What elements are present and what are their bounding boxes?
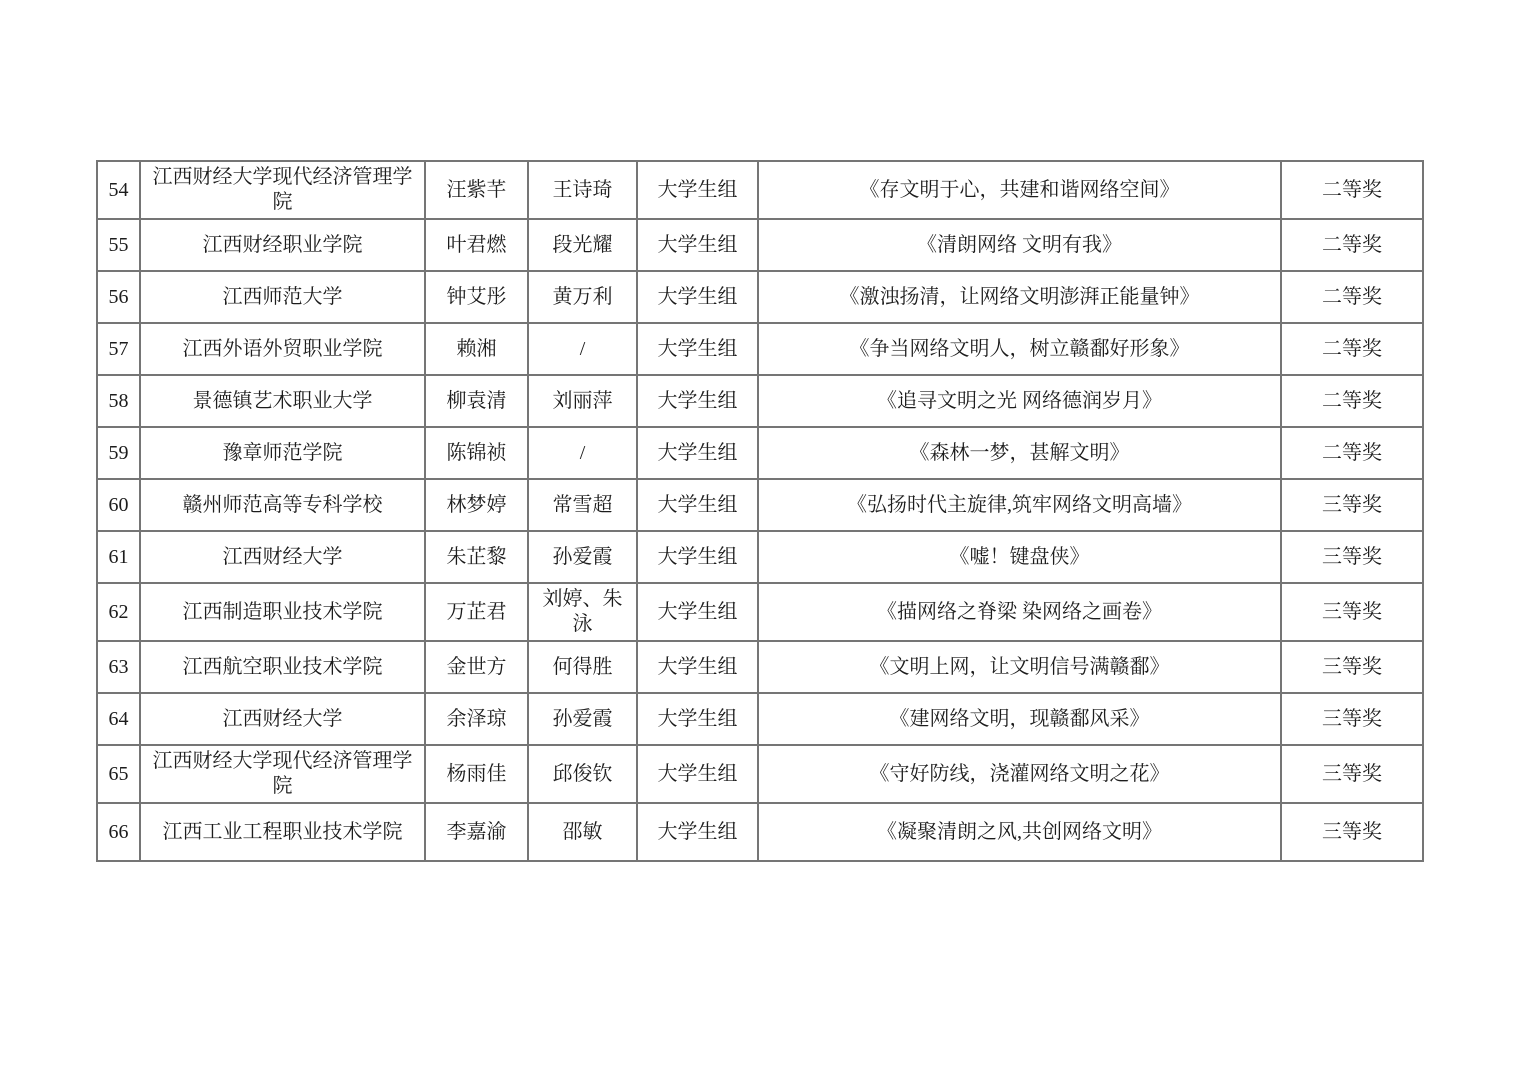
award-cell: 二等奖 bbox=[1281, 219, 1423, 271]
work-title-cell: 《弘扬时代主旋律,筑牢网络文明高墙》 bbox=[758, 479, 1281, 531]
award-cell: 三等奖 bbox=[1281, 531, 1423, 583]
school-cell: 江西财经大学现代经济管理学院 bbox=[140, 745, 425, 803]
row-number-cell: 64 bbox=[97, 693, 140, 745]
coauthor-cell: 段光耀 bbox=[528, 219, 637, 271]
work-title-cell: 《森林一梦，甚解文明》 bbox=[758, 427, 1281, 479]
group-cell: 大学生组 bbox=[637, 161, 758, 219]
author-cell: 叶君燃 bbox=[425, 219, 528, 271]
author-cell: 余泽琼 bbox=[425, 693, 528, 745]
award-cell: 三等奖 bbox=[1281, 745, 1423, 803]
document-page: 54 江西财经大学现代经济管理学院 汪紫芊 王诗琦 大学生组 《存文明于心，共建… bbox=[0, 0, 1520, 1074]
group-cell: 大学生组 bbox=[637, 803, 758, 861]
school-cell: 江西外语外贸职业学院 bbox=[140, 323, 425, 375]
coauthor-cell: 黄万利 bbox=[528, 271, 637, 323]
group-cell: 大学生组 bbox=[637, 323, 758, 375]
work-title-cell: 《守好防线，浇灌网络文明之花》 bbox=[758, 745, 1281, 803]
group-cell: 大学生组 bbox=[637, 271, 758, 323]
award-cell: 二等奖 bbox=[1281, 323, 1423, 375]
row-number-cell: 62 bbox=[97, 583, 140, 641]
award-cell: 二等奖 bbox=[1281, 375, 1423, 427]
work-title-cell: 《建网络文明，现赣鄱风采》 bbox=[758, 693, 1281, 745]
author-cell: 赖湘 bbox=[425, 323, 528, 375]
author-cell: 柳袁清 bbox=[425, 375, 528, 427]
group-cell: 大学生组 bbox=[637, 219, 758, 271]
table-row: 56 江西师范大学 钟艾彤 黄万利 大学生组 《激浊扬清，让网络文明澎湃正能量钟… bbox=[97, 271, 1423, 323]
table-row: 65 江西财经大学现代经济管理学院 杨雨佳 邱俊钦 大学生组 《守好防线，浇灌网… bbox=[97, 745, 1423, 803]
award-cell: 二等奖 bbox=[1281, 161, 1423, 219]
work-title-cell: 《争当网络文明人，树立赣鄱好形象》 bbox=[758, 323, 1281, 375]
author-cell: 钟艾彤 bbox=[425, 271, 528, 323]
row-number-cell: 63 bbox=[97, 641, 140, 693]
author-cell: 林梦婷 bbox=[425, 479, 528, 531]
table-row: 61 江西财经大学 朱芷黎 孙爱霞 大学生组 《嘘！键盘侠》 三等奖 bbox=[97, 531, 1423, 583]
table-row: 59 豫章师范学院 陈锦祯 / 大学生组 《森林一梦，甚解文明》 二等奖 bbox=[97, 427, 1423, 479]
group-cell: 大学生组 bbox=[637, 375, 758, 427]
group-cell: 大学生组 bbox=[637, 479, 758, 531]
awards-table: 54 江西财经大学现代经济管理学院 汪紫芊 王诗琦 大学生组 《存文明于心，共建… bbox=[96, 160, 1424, 862]
school-cell: 江西工业工程职业技术学院 bbox=[140, 803, 425, 861]
group-cell: 大学生组 bbox=[637, 583, 758, 641]
work-title-cell: 《描网络之脊梁 染网络之画卷》 bbox=[758, 583, 1281, 641]
school-cell: 江西财经大学 bbox=[140, 693, 425, 745]
work-title-cell: 《激浊扬清，让网络文明澎湃正能量钟》 bbox=[758, 271, 1281, 323]
award-cell: 三等奖 bbox=[1281, 583, 1423, 641]
table-row: 57 江西外语外贸职业学院 赖湘 / 大学生组 《争当网络文明人，树立赣鄱好形象… bbox=[97, 323, 1423, 375]
table-row: 58 景德镇艺术职业大学 柳袁清 刘丽萍 大学生组 《追寻文明之光 网络德润岁月… bbox=[97, 375, 1423, 427]
work-title-cell: 《清朗网络 文明有我》 bbox=[758, 219, 1281, 271]
coauthor-cell: 孙爱霞 bbox=[528, 531, 637, 583]
table-row: 54 江西财经大学现代经济管理学院 汪紫芊 王诗琦 大学生组 《存文明于心，共建… bbox=[97, 161, 1423, 219]
table-row: 55 江西财经职业学院 叶君燃 段光耀 大学生组 《清朗网络 文明有我》 二等奖 bbox=[97, 219, 1423, 271]
award-cell: 二等奖 bbox=[1281, 271, 1423, 323]
author-cell: 金世方 bbox=[425, 641, 528, 693]
school-cell: 豫章师范学院 bbox=[140, 427, 425, 479]
school-cell: 江西财经职业学院 bbox=[140, 219, 425, 271]
coauthor-cell: / bbox=[528, 323, 637, 375]
table-row: 60 赣州师范高等专科学校 林梦婷 常雪超 大学生组 《弘扬时代主旋律,筑牢网络… bbox=[97, 479, 1423, 531]
table-row: 63 江西航空职业技术学院 金世方 何得胜 大学生组 《文明上网，让文明信号满赣… bbox=[97, 641, 1423, 693]
school-cell: 江西制造职业技术学院 bbox=[140, 583, 425, 641]
row-number-cell: 60 bbox=[97, 479, 140, 531]
school-cell: 江西航空职业技术学院 bbox=[140, 641, 425, 693]
author-cell: 汪紫芊 bbox=[425, 161, 528, 219]
school-cell: 赣州师范高等专科学校 bbox=[140, 479, 425, 531]
school-cell: 江西师范大学 bbox=[140, 271, 425, 323]
author-cell: 万芷君 bbox=[425, 583, 528, 641]
award-cell: 二等奖 bbox=[1281, 427, 1423, 479]
school-cell: 景德镇艺术职业大学 bbox=[140, 375, 425, 427]
table-row: 64 江西财经大学 余泽琼 孙爱霞 大学生组 《建网络文明，现赣鄱风采》 三等奖 bbox=[97, 693, 1423, 745]
award-cell: 三等奖 bbox=[1281, 693, 1423, 745]
row-number-cell: 57 bbox=[97, 323, 140, 375]
row-number-cell: 56 bbox=[97, 271, 140, 323]
coauthor-cell: 刘婷、朱泳 bbox=[528, 583, 637, 641]
table-row: 62 江西制造职业技术学院 万芷君 刘婷、朱泳 大学生组 《描网络之脊梁 染网络… bbox=[97, 583, 1423, 641]
award-cell: 三等奖 bbox=[1281, 641, 1423, 693]
coauthor-cell: 刘丽萍 bbox=[528, 375, 637, 427]
group-cell: 大学生组 bbox=[637, 693, 758, 745]
row-number-cell: 55 bbox=[97, 219, 140, 271]
row-number-cell: 54 bbox=[97, 161, 140, 219]
row-number-cell: 58 bbox=[97, 375, 140, 427]
coauthor-cell: 孙爱霞 bbox=[528, 693, 637, 745]
work-title-cell: 《文明上网，让文明信号满赣鄱》 bbox=[758, 641, 1281, 693]
school-cell: 江西财经大学 bbox=[140, 531, 425, 583]
group-cell: 大学生组 bbox=[637, 427, 758, 479]
row-number-cell: 61 bbox=[97, 531, 140, 583]
coauthor-cell: / bbox=[528, 427, 637, 479]
row-number-cell: 66 bbox=[97, 803, 140, 861]
coauthor-cell: 邵敏 bbox=[528, 803, 637, 861]
row-number-cell: 59 bbox=[97, 427, 140, 479]
work-title-cell: 《追寻文明之光 网络德润岁月》 bbox=[758, 375, 1281, 427]
award-cell: 三等奖 bbox=[1281, 479, 1423, 531]
author-cell: 陈锦祯 bbox=[425, 427, 528, 479]
coauthor-cell: 邱俊钦 bbox=[528, 745, 637, 803]
award-cell: 三等奖 bbox=[1281, 803, 1423, 861]
work-title-cell: 《嘘！键盘侠》 bbox=[758, 531, 1281, 583]
author-cell: 朱芷黎 bbox=[425, 531, 528, 583]
group-cell: 大学生组 bbox=[637, 745, 758, 803]
group-cell: 大学生组 bbox=[637, 531, 758, 583]
table-row: 66 江西工业工程职业技术学院 李嘉渝 邵敏 大学生组 《凝聚清朗之风,共创网络… bbox=[97, 803, 1423, 861]
coauthor-cell: 王诗琦 bbox=[528, 161, 637, 219]
row-number-cell: 65 bbox=[97, 745, 140, 803]
author-cell: 杨雨佳 bbox=[425, 745, 528, 803]
school-cell: 江西财经大学现代经济管理学院 bbox=[140, 161, 425, 219]
author-cell: 李嘉渝 bbox=[425, 803, 528, 861]
work-title-cell: 《凝聚清朗之风,共创网络文明》 bbox=[758, 803, 1281, 861]
work-title-cell: 《存文明于心，共建和谐网络空间》 bbox=[758, 161, 1281, 219]
coauthor-cell: 何得胜 bbox=[528, 641, 637, 693]
coauthor-cell: 常雪超 bbox=[528, 479, 637, 531]
group-cell: 大学生组 bbox=[637, 641, 758, 693]
